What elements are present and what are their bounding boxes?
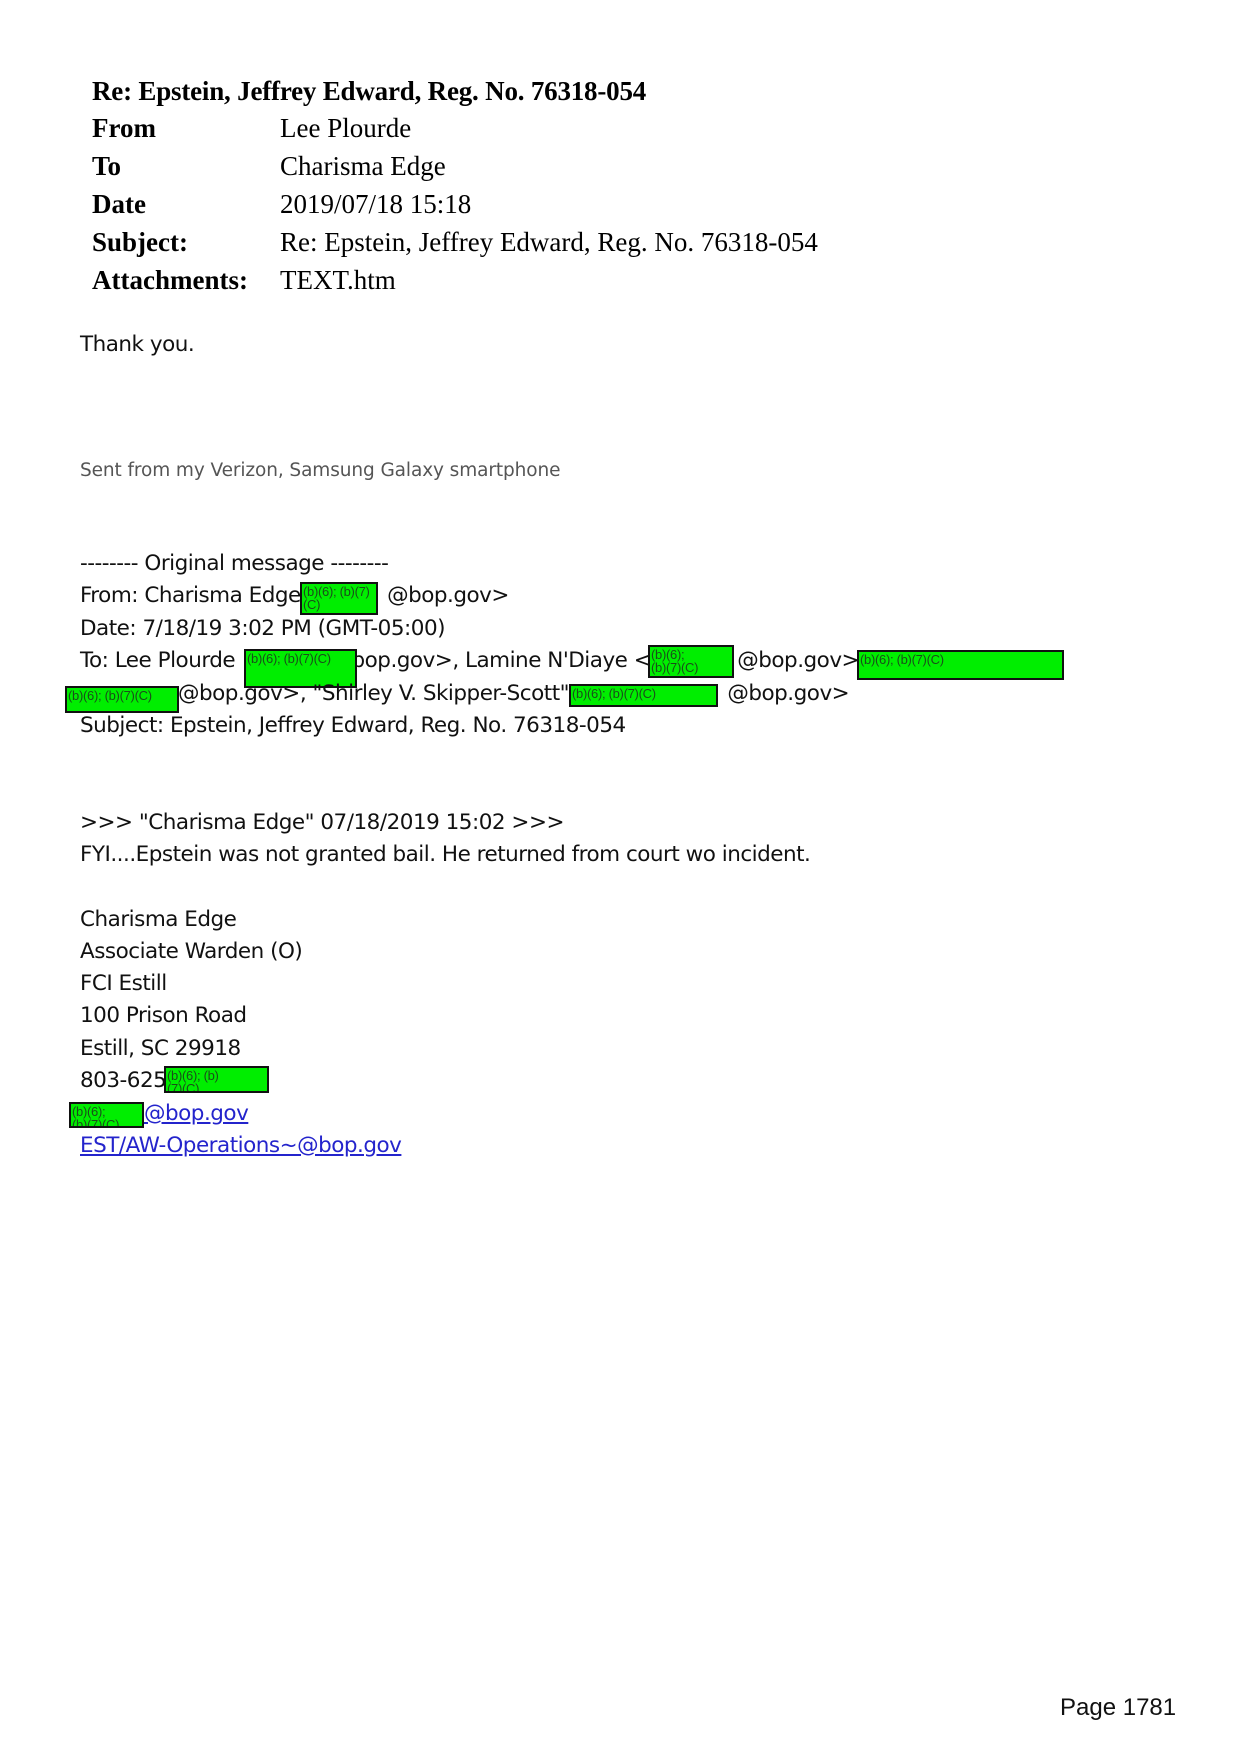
redaction-box: (b)(6); (b)(7)(C) bbox=[857, 650, 1064, 680]
header-value: Lee Plourde bbox=[280, 113, 411, 144]
to-line2-suffix: @bop.gov> bbox=[727, 681, 849, 706]
header-value: Re: Epstein, Jeffrey Edward, Reg. No. 76… bbox=[280, 227, 818, 258]
page-number: Page 1781 bbox=[1060, 1694, 1176, 1722]
original-to-line1: To: Lee Plourde bop.gov>, Lamine N'Diaye… bbox=[80, 648, 865, 674]
sig-email: @bop.gov bbox=[144, 1101, 248, 1127]
redaction-label: (b)(6); (b)(7)(C) bbox=[303, 585, 375, 611]
sig-facility: FCI Estill bbox=[80, 971, 167, 997]
header-label: From bbox=[92, 113, 156, 144]
to-line2-mid: @bop.gov>, "Shirley V. Skipper-Scott" bbox=[178, 681, 575, 706]
reply-body: Thank you. bbox=[80, 332, 194, 358]
attachment-link[interactable]: TEXT.htm bbox=[280, 265, 396, 296]
original-separator: -------- Original message -------- bbox=[80, 551, 388, 577]
to-mid1: bop.gov>, Lamine N'Diaye < bbox=[352, 648, 652, 673]
redaction-label: (b)(6); (b)(7)(C) bbox=[72, 1105, 122, 1128]
sig-phone: 803-625 bbox=[80, 1068, 166, 1094]
sig-address1: 100 Prison Road bbox=[80, 1003, 247, 1029]
from-prefix: From: Charisma Edge bbox=[80, 583, 307, 608]
original-from: From: Charisma Edge @bop.gov> bbox=[80, 583, 509, 609]
header-label: Attachments: bbox=[92, 265, 248, 296]
group-email-link[interactable]: EST/AW-Operations~@bop.gov bbox=[80, 1133, 401, 1158]
sig-title: Associate Warden (O) bbox=[80, 939, 302, 965]
redaction-box: (b)(6); (b)(7)(C) bbox=[300, 582, 378, 615]
header-value: Charisma Edge bbox=[280, 151, 446, 182]
redaction-label: (b)(6); (b)(7)(C) bbox=[651, 648, 701, 674]
email-title: Re: Epstein, Jeffrey Edward, Reg. No. 76… bbox=[92, 76, 646, 107]
quoted-body: FYI....Epstein was not granted bail. He … bbox=[80, 842, 810, 868]
redaction-box: (b)(6); (b)(7)(C) bbox=[569, 684, 718, 707]
phone-prefix: 803-625 bbox=[80, 1068, 166, 1093]
original-to-line2: @bop.gov>, "Shirley V. Skipper-Scott" @b… bbox=[178, 681, 849, 707]
redaction-box: (b)(6); (b)(7)(C) bbox=[648, 645, 734, 678]
redaction-label: (b)(6); (b)(7)(C) bbox=[247, 652, 354, 665]
to-prefix: To: Lee Plourde bbox=[80, 648, 242, 673]
header-label: To bbox=[92, 151, 121, 182]
original-subject: Subject: Epstein, Jeffrey Edward, Reg. N… bbox=[80, 713, 626, 739]
redaction-label: (b)(6); (b)(7)(C) bbox=[68, 689, 176, 702]
mobile-signature: Sent from my Verizon, Samsung Galaxy sma… bbox=[80, 458, 560, 484]
redaction-box: (b)(6); (b)(7)(C) bbox=[65, 686, 179, 713]
header-value: 2019/07/18 15:18 bbox=[280, 189, 471, 220]
header-label: Date bbox=[92, 189, 146, 220]
redaction-label: (b)(6); (b)(7)(C) bbox=[572, 687, 715, 700]
redaction-box: (b)(6); (b)(7)(C) bbox=[164, 1066, 269, 1093]
header-label: Subject: bbox=[92, 227, 188, 258]
from-suffix: @bop.gov> bbox=[387, 583, 509, 608]
quoted-header: >>> "Charisma Edge" 07/18/2019 15:02 >>> bbox=[80, 810, 564, 836]
sig-group-email: EST/AW-Operations~@bop.gov bbox=[80, 1133, 401, 1159]
sig-address2: Estill, SC 29918 bbox=[80, 1036, 241, 1062]
to-mid2: @bop.gov>, bbox=[737, 648, 865, 673]
email-link[interactable]: @bop.gov bbox=[144, 1101, 248, 1126]
redaction-label: (b)(6); (b)(7)(C) bbox=[167, 1069, 227, 1093]
redaction-box: (b)(6); (b)(7)(C) bbox=[69, 1102, 144, 1128]
redaction-label: (b)(6); (b)(7)(C) bbox=[860, 653, 1061, 666]
sig-name: Charisma Edge bbox=[80, 907, 236, 933]
original-date: Date: 7/18/19 3:02 PM (GMT-05:00) bbox=[80, 616, 445, 642]
